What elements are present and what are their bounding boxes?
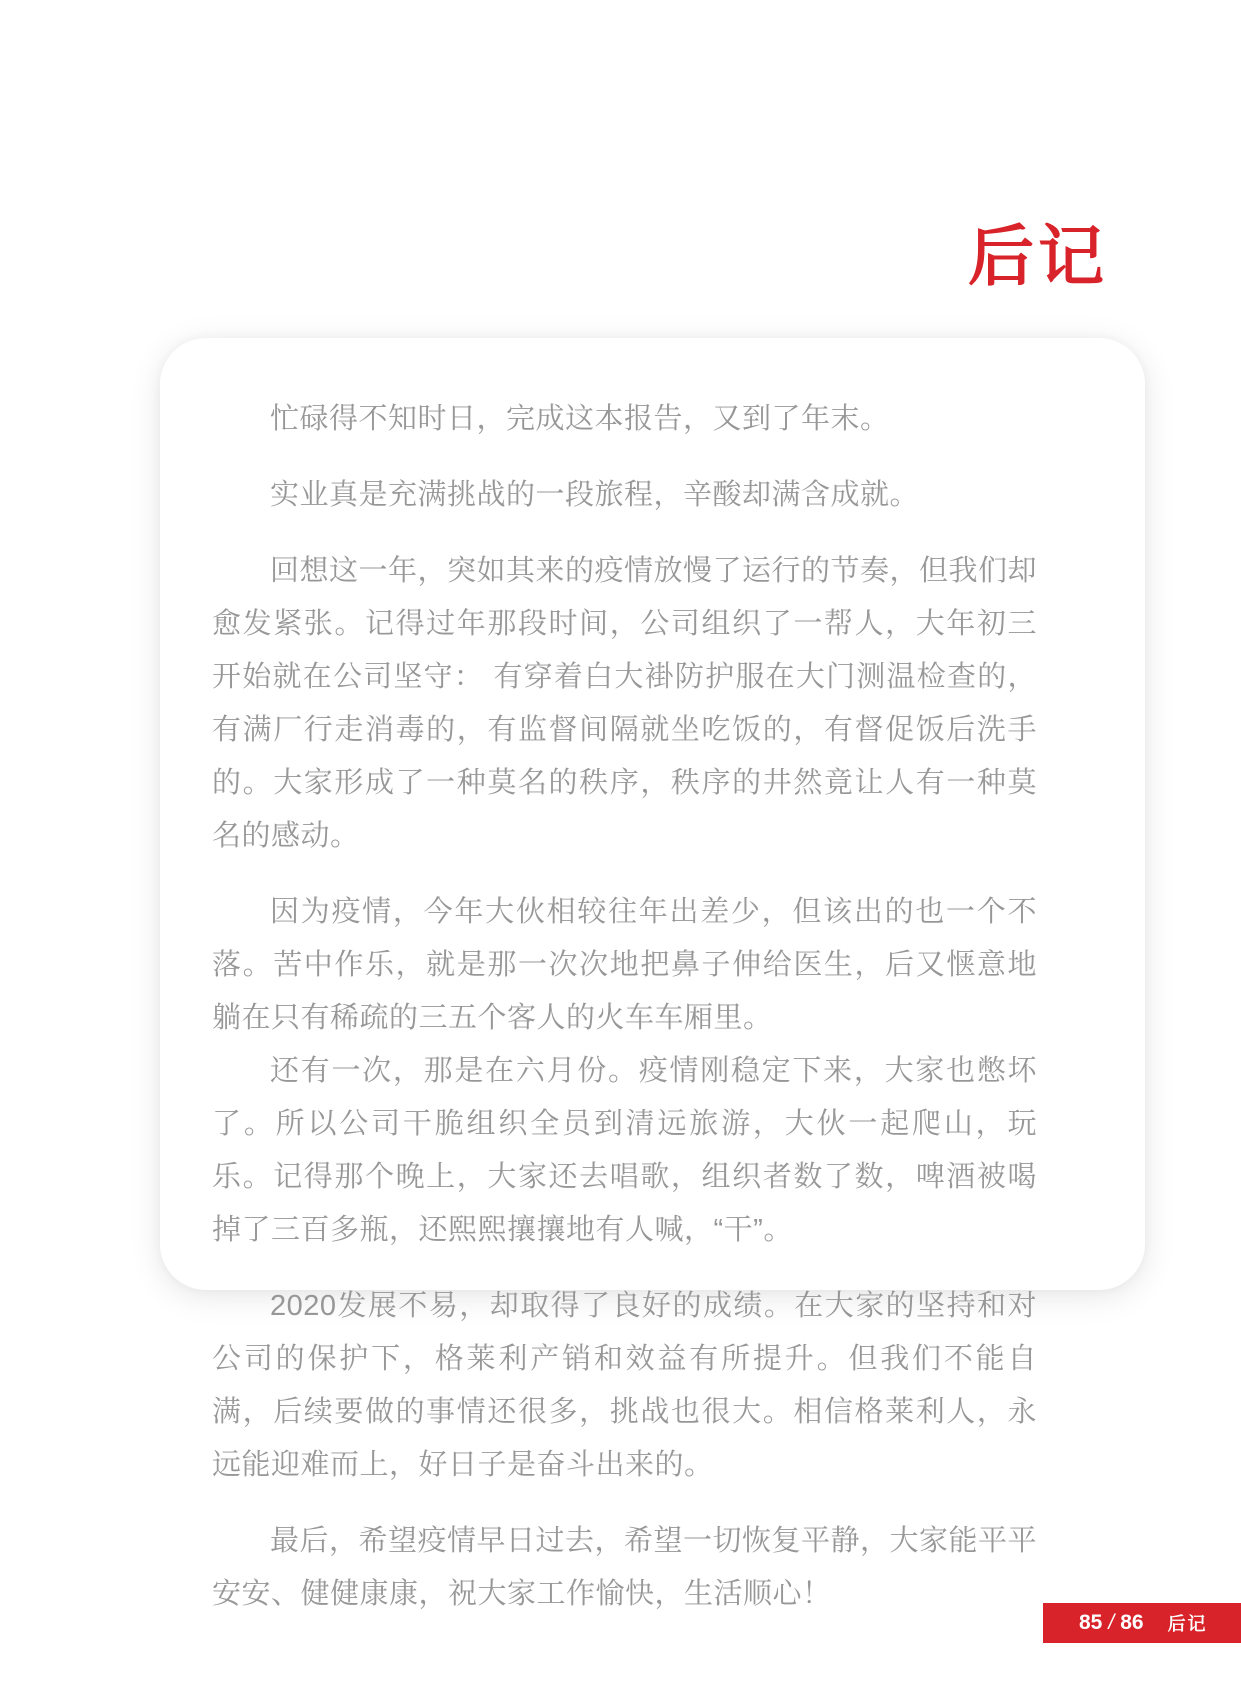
paragraph: 回想这一年，突如其来的疫情放慢了运行的节奏，但我们却愈发紧张。记得过年那段时间，… bbox=[212, 545, 1037, 863]
paragraph: 最后，希望疫情早日过去，希望一切恢复平静，大家能平平安安、健健康康，祝大家工作愉… bbox=[212, 1515, 1037, 1621]
footer-section-label: 后记 bbox=[1168, 1610, 1208, 1636]
paragraph: 因为疫情，今年大伙相较往年出差少，但该出的也一个不落。苦中作乐，就是那一次次地把… bbox=[212, 886, 1037, 1045]
paragraph: 实业真是充满挑战的一段旅程，辛酸却满含成就。 bbox=[212, 469, 1037, 522]
paragraph: 忙碌得不知时日，完成这本报告，又到了年末。 bbox=[212, 393, 1037, 446]
paragraph: 2020发展不易，却取得了良好的成绩。在大家的坚持和对公司的保护下，格莱利产销和… bbox=[212, 1280, 1037, 1492]
page-title: 后记 bbox=[968, 220, 1108, 293]
content-card: 忙碌得不知时日，完成这本报告，又到了年末。 实业真是充满挑战的一段旅程，辛酸却满… bbox=[160, 338, 1145, 1290]
footer-page-bar: 85 / 86 后记 bbox=[1043, 1603, 1241, 1643]
footer-page-separator: / bbox=[1108, 1611, 1114, 1635]
footer-page-current: 85 bbox=[1079, 1611, 1102, 1635]
document-page: 后记 忙碌得不知时日，完成这本报告，又到了年末。 实业真是充满挑战的一段旅程，辛… bbox=[0, 0, 1241, 1684]
paragraph: 还有一次，那是在六月份。疫情刚稳定下来，大家也憋坏了。所以公司干脆组织全员到清远… bbox=[212, 1045, 1037, 1257]
footer-page-total: 86 bbox=[1120, 1611, 1143, 1635]
